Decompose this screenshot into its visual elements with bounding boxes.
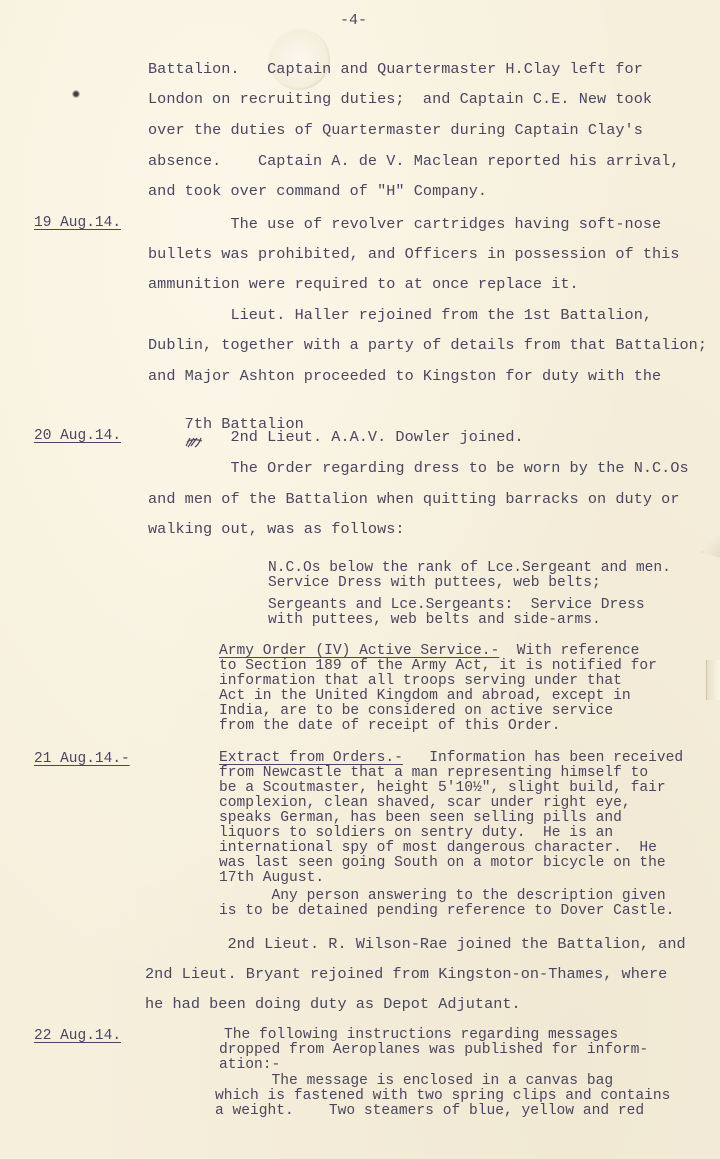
text-line: London on recruiting duties; and Captain… [148, 90, 652, 108]
text-line: bullets was prohibited, and Officers in … [148, 245, 680, 263]
extract-line: 17th August. [219, 871, 324, 886]
dress-order-line: Service Dress with puttees, web belts; [268, 576, 601, 591]
entry-date: 21 Aug.14.- [34, 751, 130, 767]
army-order-text: With reference [499, 643, 639, 659]
text-line: and Major Ashton proceeded to Kingston f… [148, 367, 661, 385]
embossed-seal [268, 28, 330, 90]
text-line: absence. Captain A. de V. Maclean report… [148, 152, 680, 170]
army-order-line: information that all troops serving unde… [219, 674, 622, 689]
text-line: Dublin, together with a party of details… [148, 336, 707, 354]
army-order-line: to Section 189 of the Army Act, it is no… [219, 659, 657, 674]
extract-line: liquors to soldiers on sentry duty. He i… [219, 826, 613, 841]
dress-order-line: with puttees, web belts and side-arms. [268, 613, 601, 628]
text-line: 2nd Lieut. A.A.V. Dowler joined. [148, 428, 524, 446]
text-line: Battalion. Captain and Quartermaster H.C… [148, 60, 643, 78]
extract-line: Any person answering to the description … [219, 889, 666, 904]
army-order-first-line: Army Order (IV) Active Service.- With re… [219, 644, 639, 659]
dress-order-line: N.C.Os below the rank of Lce.Sergeant an… [268, 561, 671, 576]
army-order-heading: Army Order (IV) Active Service.- [219, 643, 499, 659]
text-line: The Order regarding dress to be worn by … [148, 459, 689, 477]
text-line: over the duties of Quartermaster during … [148, 121, 643, 139]
text-line: The message is enclosed in a canvas bag [219, 1074, 613, 1089]
page-number: -4- [340, 12, 367, 29]
extract-first-line: Extract from Orders.- Information has be… [219, 751, 683, 766]
text-line: walking out, was as follows: [148, 520, 405, 538]
text-line: and men of the Battalion when quitting b… [148, 490, 680, 508]
text-line: he had been doing duty as Depot Adjutant… [145, 995, 521, 1013]
document-page: -4- Battalion. Captain and Quartermaster… [0, 0, 720, 1159]
paper-tab-folded [702, 530, 720, 558]
text-line: a weight. Two steamers of blue, yellow a… [215, 1104, 644, 1119]
text-line: 2nd Lieut. Bryant rejoined from Kingston… [145, 965, 667, 983]
army-order-line: from the date of receipt of this Order. [219, 719, 561, 734]
text-line: and took over command of "H" Company. [148, 182, 487, 200]
text-line: The use of revolver cartridges having so… [148, 215, 661, 233]
entry-date: 22 Aug.14. [34, 1028, 121, 1044]
extract-text: Information has been received [403, 750, 683, 766]
army-order-line: Act in the United Kingdom and abroad, ex… [219, 689, 631, 704]
extract-heading: Extract from Orders.- [219, 750, 403, 766]
extract-line: be a Scoutmaster, height 5'10½", slight … [219, 781, 666, 796]
dress-order-line: Sergeants and Lce.Sergeants: Service Dre… [268, 598, 645, 613]
extract-line: international spy of most dangerous char… [219, 841, 657, 856]
text-line: 2nd Lieut. R. Wilson-Rae joined the Batt… [145, 935, 686, 953]
entry-date: 20 Aug.14. [34, 428, 121, 444]
extract-line: from Newcastle that a man representing h… [219, 766, 648, 781]
extract-line: speaks German, has been seen selling pil… [219, 811, 622, 826]
paper-tab-folded [706, 660, 720, 700]
entry-date: 19 Aug.14. [34, 215, 121, 231]
text-line: which is fastened with two spring clips … [215, 1089, 670, 1104]
text-line: The following instructions regarding mes… [224, 1028, 618, 1043]
extract-line: is to be detained pending reference to D… [219, 904, 674, 919]
army-order-line: India, are to be considered on active se… [219, 704, 613, 719]
text-line: ammunition were required to at once repl… [148, 275, 579, 293]
extract-line: complexion, clean shaved, scar under rig… [219, 796, 631, 811]
extract-line: was last seen going South on a motor bic… [219, 856, 666, 871]
text-line: ation:- [219, 1058, 280, 1073]
punch-hole [72, 90, 80, 98]
text-line: Lieut. Haller rejoined from the 1st Batt… [148, 306, 652, 324]
text-line: dropped from Aeroplanes was published fo… [219, 1043, 648, 1058]
